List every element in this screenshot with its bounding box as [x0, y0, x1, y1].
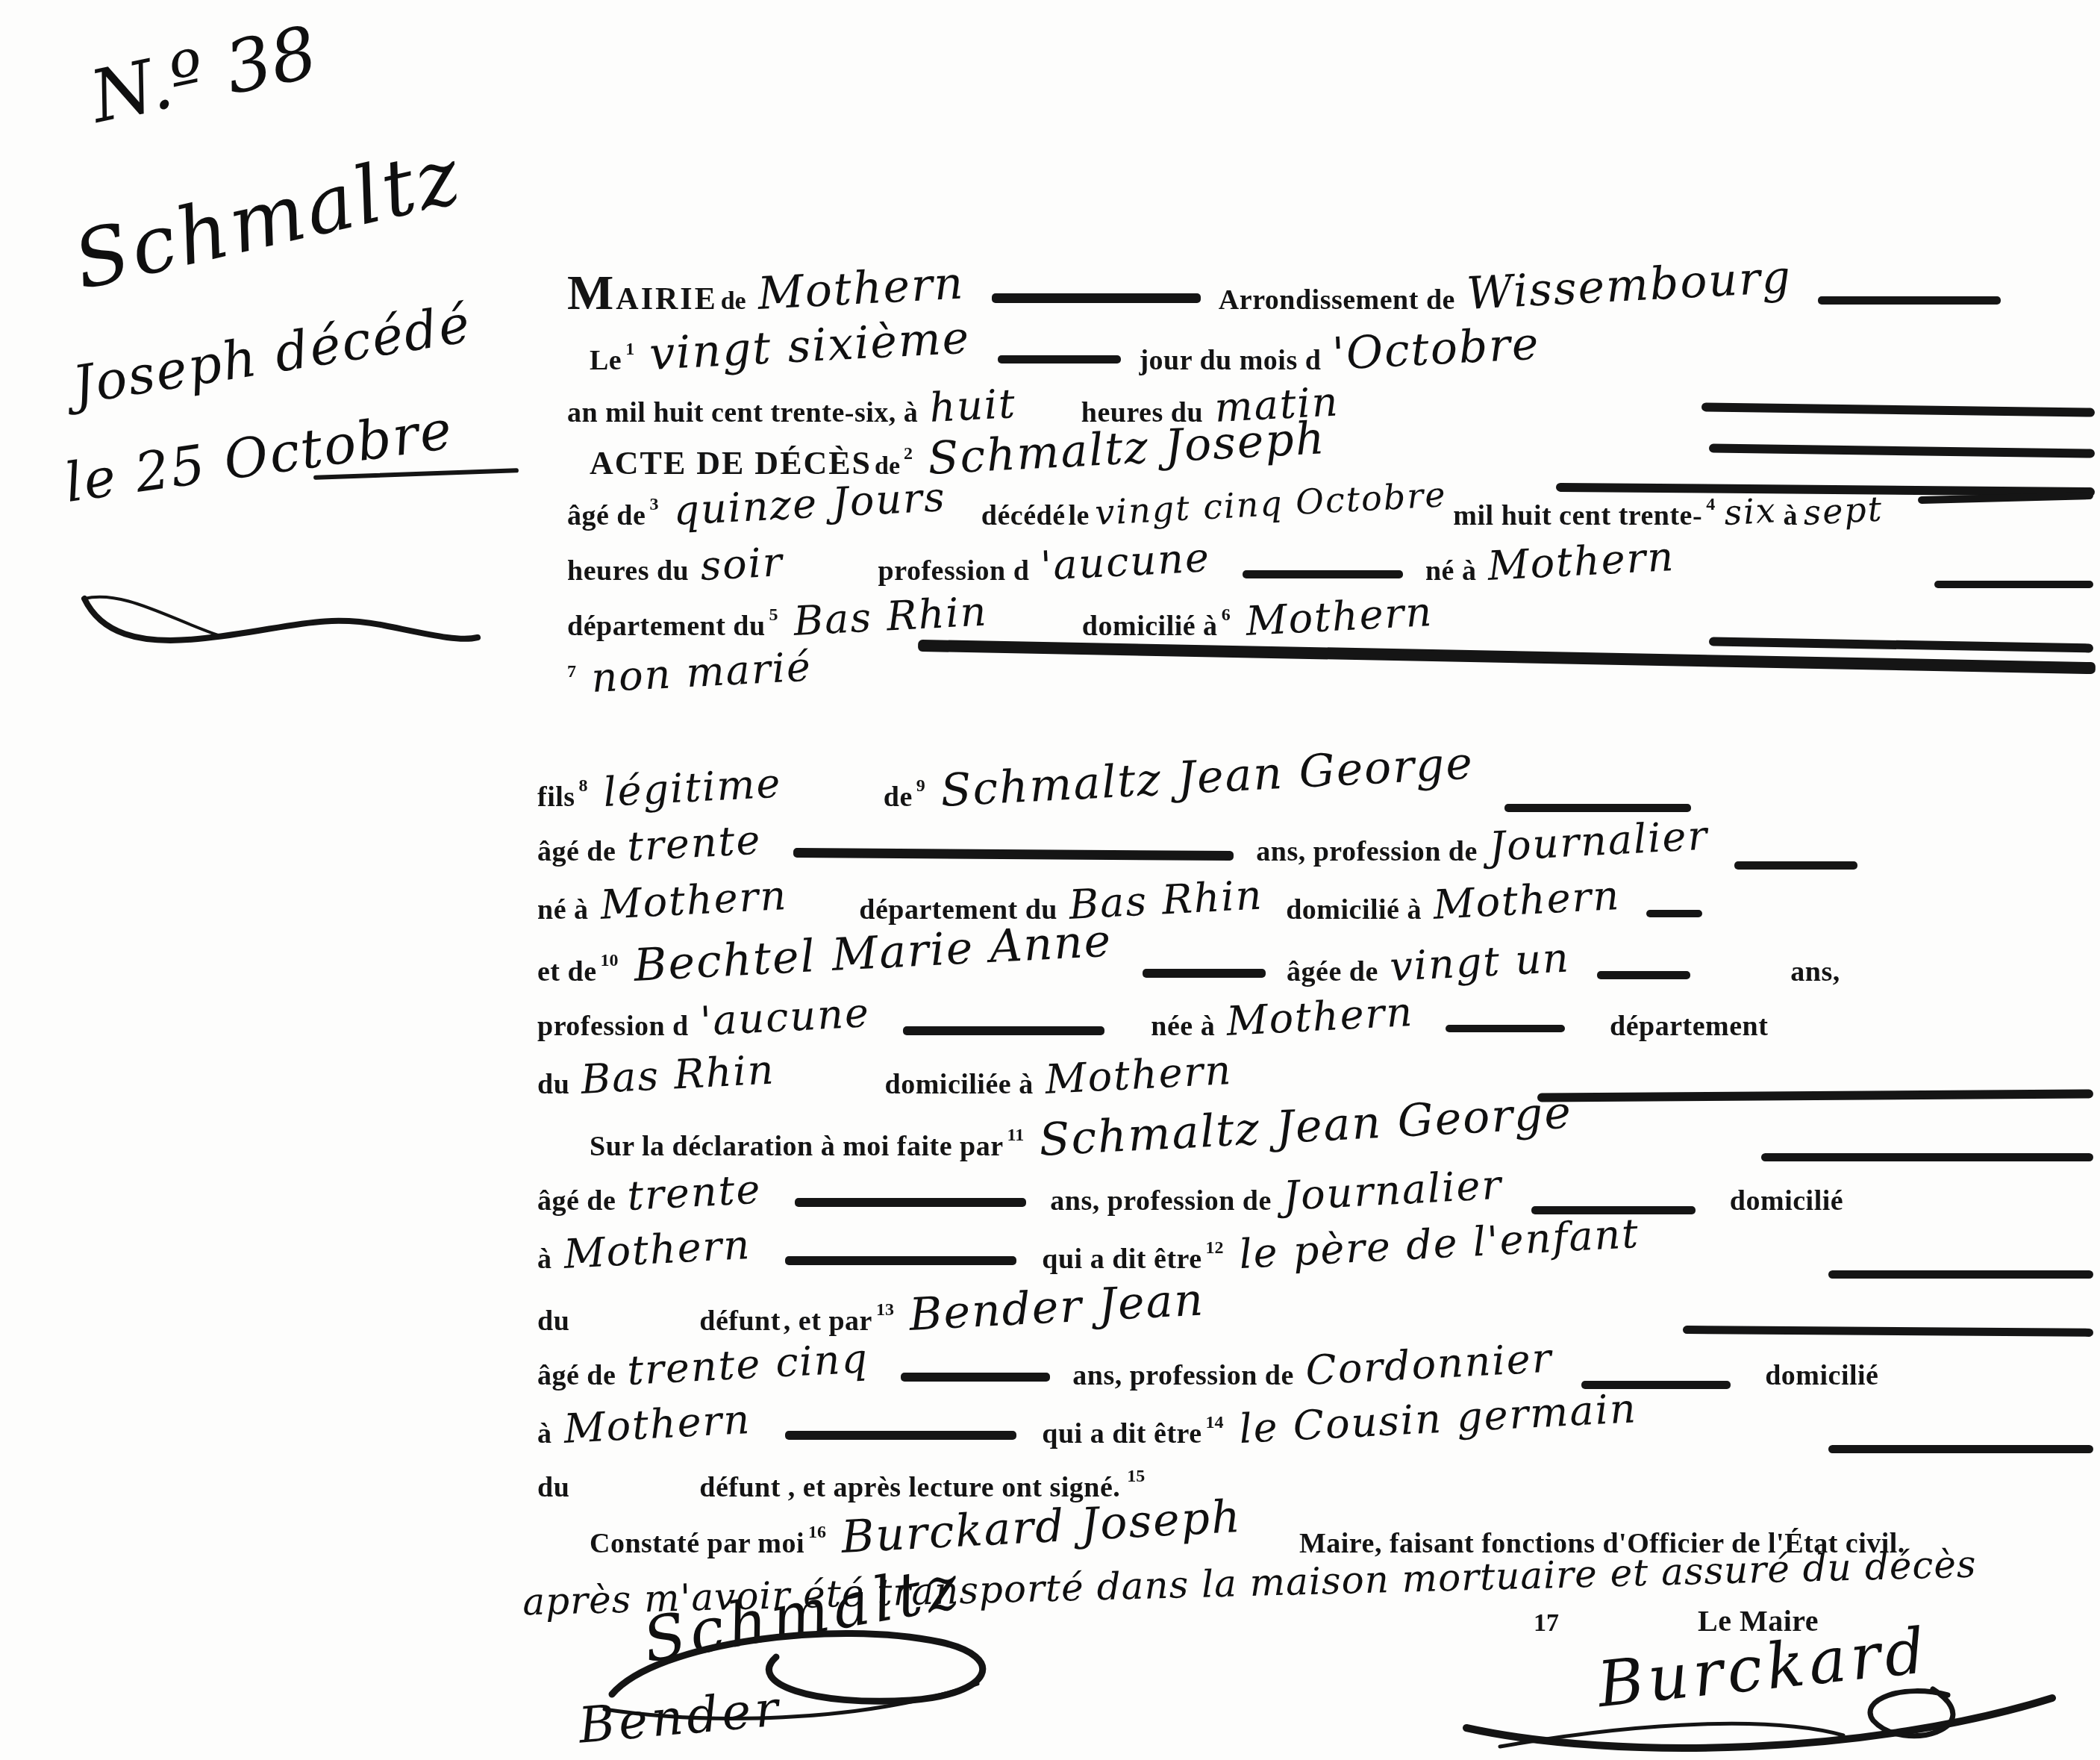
- mother-age-value: vingt un: [1389, 937, 1571, 987]
- father-birthplace-value: Mothern: [599, 876, 788, 926]
- form-line-death: âgé de3 quinze Jours décédé le vingt cin…: [567, 491, 1887, 531]
- signature-mayor-flourish: [1455, 1676, 2082, 1760]
- footnote-ref-5: 5: [769, 605, 778, 625]
- marital-status-value: non marié: [590, 647, 813, 699]
- death-certificate-scan: N.º 38 Schmaltz Joseph décédé le 25 Octo…: [0, 0, 2100, 1760]
- ink-rule: [785, 1431, 1016, 1440]
- footnote-ref-4: 4: [1706, 495, 1715, 514]
- form-line-mother: et de10 Bechtel Marie Anne âgée de vingt…: [537, 943, 1840, 988]
- footnote-ref-17: 17: [1534, 1609, 1559, 1637]
- mother-dept-value: Bas Rhin: [580, 1049, 776, 1100]
- mother-ans-label: ans,: [1790, 956, 1840, 987]
- form-line-mother-profession: profession d 'aucune née à Mothern dépar…: [537, 1002, 1768, 1042]
- officer-name-value: Burckard Joseph: [840, 1494, 1243, 1560]
- ink-rule: [1709, 637, 2093, 653]
- father-born-label: né à: [537, 894, 589, 926]
- ink-rule: [795, 1198, 1026, 1207]
- footnote-ref-10: 10: [601, 951, 619, 970]
- ink-rule: [1243, 570, 1403, 578]
- year-label: an mil huit cent trente-six, à: [567, 397, 918, 428]
- father-ans-prof-label: ans, profession de: [1256, 836, 1478, 867]
- dept-label: département du: [567, 611, 766, 642]
- mother-domicile-label: domiciliée à: [885, 1069, 1034, 1100]
- le-label: Le: [590, 345, 622, 376]
- ink-rule: [793, 848, 1234, 861]
- witness2-relation-value: le Cousin germain: [1238, 1388, 1638, 1449]
- ink-rule: [1934, 581, 2093, 588]
- born-label: né à: [1425, 555, 1477, 587]
- mother-prof-label: profession d: [537, 1011, 689, 1042]
- mother-label: et de: [537, 956, 597, 987]
- at-label: à: [1783, 500, 1798, 531]
- fils-label: fils: [537, 781, 575, 813]
- death-year-value: six: [1723, 493, 1778, 530]
- witness1-age-label: âgé de: [537, 1185, 616, 1217]
- witness1-relation-value: le père de l'enfant: [1238, 1214, 1640, 1275]
- ink-rule: [1504, 804, 1691, 812]
- ink-rule: [785, 1256, 1016, 1265]
- ink-rule: [1683, 1326, 2093, 1337]
- form-line-status: 7 non marié: [567, 658, 822, 699]
- footnote-ref-1: 1: [625, 340, 634, 359]
- ink-rule: [1818, 296, 2001, 305]
- profession-label: profession d: [878, 555, 1030, 587]
- margin-act-number: N.º 38: [84, 16, 322, 134]
- age-value: quinze Jours: [672, 477, 947, 531]
- footnote-17: 17: [1534, 1611, 1559, 1636]
- form-line-hour-profession: heures du soir profession d 'aucune né à…: [567, 546, 1684, 587]
- mother-prof-value: 'aucune: [699, 993, 871, 1042]
- witness2-age-label: âgé de: [537, 1360, 616, 1391]
- ink-rule: [903, 1026, 1104, 1035]
- constate-label: Constaté par moi: [590, 1528, 804, 1559]
- age-label: âgé de: [567, 500, 646, 531]
- form-line-witness2-age: âgé de trente cinq ans, profession de Co…: [537, 1351, 1878, 1391]
- witness2-domicilie-label: domicilié: [1765, 1360, 1878, 1391]
- witness2-a-label: à: [537, 1418, 552, 1449]
- ink-rule: [998, 355, 1121, 363]
- mother-age-label: âgée de: [1287, 956, 1378, 987]
- witness2-said-label: qui a dit être: [1042, 1418, 1201, 1449]
- death-date-value: vingt cinq Octobre: [1094, 477, 1447, 530]
- father-age-value: trente: [626, 820, 762, 867]
- form-line-closing: du défunt , et après lecture ont signé. …: [537, 1467, 1149, 1502]
- father-profession-value: Journalier: [1488, 816, 1709, 867]
- ink-rule: [1828, 1270, 2093, 1279]
- witness1-profession-value: Journalier: [1282, 1165, 1503, 1217]
- ink-rule: [1734, 861, 1857, 870]
- witness1-place-value: Mothern: [563, 1225, 751, 1275]
- ink-rule: [1701, 402, 2095, 416]
- day-value: vingt sixième: [649, 316, 972, 377]
- death-daypart-value: soir: [699, 542, 784, 587]
- form-line-father-origin: né à Mothern département du Bas Rhin dom…: [537, 885, 1702, 926]
- mother-birthplace-value: Mothern: [1225, 992, 1414, 1042]
- month-value: 'Octobre: [1331, 322, 1541, 377]
- witness2-profession-value: Cordonnier: [1304, 1338, 1554, 1391]
- ink-rule: [1446, 1025, 1565, 1032]
- form-line-mother-domicile: du Bas Rhin domiciliée à Mothern: [537, 1060, 1242, 1100]
- arrondissement-value: Wissembourg: [1466, 255, 1793, 316]
- ink-rule: [1828, 1445, 2093, 1453]
- footnote-ref-16: 16: [808, 1523, 826, 1542]
- filiation-de-label: de: [884, 781, 913, 813]
- ink-rule: [1761, 1153, 2093, 1161]
- witness2-ans-prof-label: ans, profession de: [1072, 1360, 1294, 1391]
- death-heures-label: heures du: [567, 555, 689, 587]
- mother-name-value: Bechtel Marie Anne: [632, 918, 1113, 987]
- du-defunt-label-1: du: [537, 1305, 569, 1337]
- footnote-ref-6: 6: [1222, 605, 1231, 625]
- mother-born-label: née à: [1151, 1011, 1215, 1042]
- mother-dept-word: département: [1610, 1011, 1768, 1042]
- father-domicile-label: domicilié à: [1286, 894, 1422, 926]
- footnote-ref-7: 7: [567, 662, 576, 681]
- father-age-label: âgé de: [537, 836, 616, 867]
- footnote-ref-3: 3: [649, 495, 658, 514]
- witness1-domicilie-label: domicilié: [1730, 1185, 1843, 1217]
- month-label: jour du mois d: [1139, 345, 1321, 376]
- ink-rule: [1143, 969, 1266, 978]
- form-line-witness2-intro: du défunt , et par13 Bender Jean: [537, 1293, 1214, 1338]
- ink-rule: [1709, 443, 2095, 458]
- birthplace-value: Mothern: [1487, 537, 1675, 587]
- witness1-ans-prof-label: ans, profession de: [1050, 1185, 1272, 1217]
- footnote-ref-12: 12: [1206, 1238, 1224, 1258]
- footnote-ref-8: 8: [579, 776, 588, 796]
- domicile-label: domicilié à: [1082, 611, 1218, 642]
- form-line-mairie: MAIRIE de Mothern Arrondissement de Wiss…: [567, 269, 2001, 318]
- mother-dept-du-label: du: [537, 1069, 569, 1100]
- footnote-ref-14: 14: [1206, 1413, 1224, 1432]
- ink-rule: [1537, 1089, 2093, 1102]
- et-par-label: , et par: [784, 1305, 872, 1337]
- footnote-ref-15: 15: [1127, 1467, 1145, 1486]
- form-line-filiation: fils8 légitime de9 Schmaltz Jean George: [537, 769, 1691, 814]
- form-line-acte: ACTE DE DÉCÈS de2 Schmaltz Joseph: [590, 437, 1336, 481]
- witness1-age-value: trente: [626, 1170, 762, 1217]
- declaration-hour-value: huit: [928, 384, 1017, 428]
- witness1-said-label: qui a dit être: [1042, 1243, 1201, 1275]
- dept-value: Bas Rhin: [793, 591, 989, 642]
- footnote-ref-9: 9: [916, 776, 925, 796]
- father-domicile-value: Mothern: [1432, 876, 1621, 926]
- witness1-a-label: à: [537, 1243, 552, 1275]
- defunt-label-1: défunt: [699, 1305, 781, 1337]
- ink-rule: [901, 1373, 1050, 1382]
- father-name-value: Schmaltz Jean George: [940, 741, 1475, 814]
- du-defunt-label-2: du: [537, 1472, 569, 1503]
- form-line-department: département du5 Bas Rhin domicilié à6 Mo…: [567, 602, 1442, 642]
- margin-flourish: [71, 573, 489, 655]
- witness2-age-value: trente cinq: [626, 1338, 869, 1391]
- legitimacy-value: légitime: [602, 764, 783, 813]
- domicile-value: Mothern: [1245, 592, 1434, 642]
- closing-label: défunt , et après lecture ont signé.: [699, 1472, 1120, 1503]
- died-label: décédé: [981, 500, 1066, 531]
- died-le-label: le: [1069, 500, 1090, 531]
- acte-title: ACTE DE DÉCÈS: [590, 445, 872, 481]
- ink-rule: [992, 293, 1201, 303]
- form-line-declaration: Sur la déclaration à moi faite par11 Sch…: [590, 1118, 1583, 1163]
- mother-domicile-value: Mothern: [1044, 1050, 1233, 1100]
- death-hour-value: sept: [1802, 491, 1884, 530]
- form-line-father-age: âgé de trente ans, profession de Journal…: [537, 827, 1857, 870]
- witness2-name-value: Bender Jean: [908, 1277, 1205, 1338]
- margin-deceased-surname: Schmaltz: [67, 136, 469, 302]
- ink-rule: [1646, 910, 1702, 917]
- commune-value: Mothern: [756, 261, 965, 316]
- footnote-ref-11: 11: [1007, 1126, 1025, 1145]
- form-line-witness2-place: à Mothern qui a dit être14 le Cousin ger…: [537, 1409, 1646, 1449]
- form-line-witness1-place: à Mothern qui a dit être12 le père de l'…: [537, 1235, 1649, 1275]
- death-year-label: mil huit cent trente-: [1453, 500, 1702, 531]
- witness2-place-value: Mothern: [563, 1399, 751, 1449]
- margin-deceased-given-note: Joseph décédé: [69, 297, 475, 411]
- footnote-ref-2: 2: [904, 444, 913, 464]
- mairie-de-label: de: [721, 287, 746, 315]
- form-line-witness1-age: âgé de trente ans, profession de Journal…: [537, 1176, 1843, 1217]
- margin-death-date-note: le 25 Octobre: [62, 402, 457, 510]
- mairie-label: MAIRIE: [567, 269, 718, 318]
- witness1-name-value: Schmaltz Jean George: [1038, 1090, 1573, 1163]
- footnote-ref-13: 13: [876, 1300, 894, 1320]
- ink-rule: [1597, 971, 1690, 979]
- declaration-intro-label: Sur la déclaration à moi faite par: [590, 1131, 1004, 1162]
- arrondissement-label: Arrondissement de: [1219, 284, 1455, 316]
- form-line-date: Le1 vingt sixième jour du mois d 'Octobr…: [590, 332, 1549, 377]
- profession-value: 'aucune: [1040, 537, 1211, 587]
